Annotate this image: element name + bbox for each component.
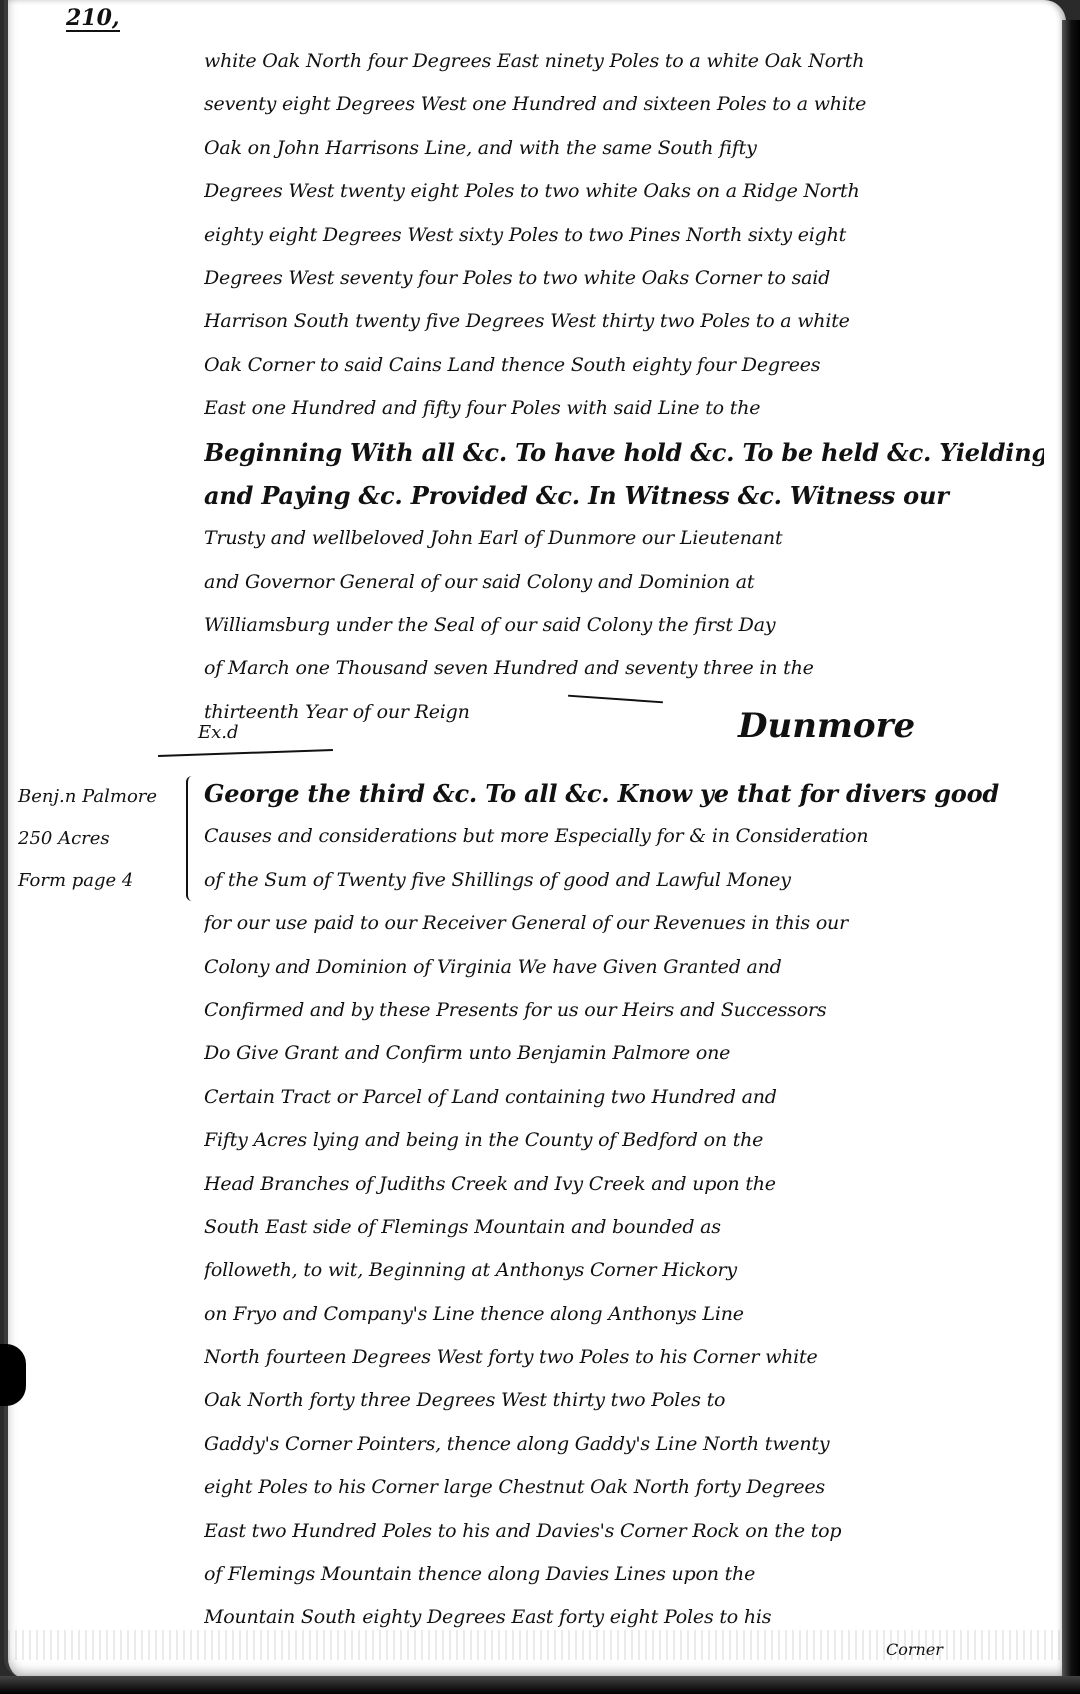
text-line: East one Hundred and fifty four Poles wi…	[204, 387, 1044, 430]
binding-edge	[1062, 20, 1080, 1694]
grant-line: Head Branches of Judiths Creek and Ivy C…	[204, 1163, 1044, 1206]
grant-line: Oak North forty three Degrees West thirt…	[204, 1379, 1044, 1422]
margin-note: Benj.n Palmore 250 Acres Form page 4	[18, 776, 188, 902]
grant-line: Do Give Grant and Confirm unto Benjamin …	[204, 1032, 1044, 1075]
text-line: Harrison South twenty five Degrees West …	[204, 300, 1044, 343]
text-line: of March one Thousand seven Hundred and …	[204, 647, 1044, 690]
grant-text: George the third &c. To all &c. Know ye …	[204, 772, 1044, 1640]
text-line: Williamsburg under the Seal of our said …	[204, 604, 1044, 647]
text-line: Degrees West seventy four Poles to two w…	[204, 257, 1044, 300]
grant-line: eight Poles to his Corner large Chestnut…	[204, 1466, 1044, 1509]
scan-bottom-edge	[0, 1676, 1080, 1694]
text-line: Trusty and wellbeloved John Earl of Dunm…	[204, 517, 1044, 560]
text-line-formula: and Paying &c. Provided &c. In Witness &…	[204, 474, 1044, 517]
grant-line: of Flemings Mountain thence along Davies…	[204, 1553, 1044, 1596]
margin-brace	[186, 776, 198, 901]
margin-grantee-name: Benj.n Palmore	[18, 776, 188, 818]
page-number: 210,	[66, 6, 120, 32]
grant-line: of the Sum of Twenty five Shillings of g…	[204, 859, 1044, 902]
grant-line: Causes and considerations but more Espec…	[204, 815, 1044, 858]
text-line-formula: Beginning With all &c. To have hold &c. …	[204, 431, 1044, 474]
ink-blot	[0, 1344, 26, 1406]
grant-line: Colony and Dominion of Virginia We have …	[204, 946, 1044, 989]
text-line: and Governor General of our said Colony …	[204, 561, 1044, 604]
text-line: thirteenth Year of our Reign	[204, 691, 1044, 734]
grant-line: Fifty Acres lying and being in the Count…	[204, 1119, 1044, 1162]
manuscript-page: 210, white Oak North four Degrees East n…	[4, 0, 1066, 1678]
deed-continuation-text: white Oak North four Degrees East ninety…	[204, 40, 1044, 734]
text-line: Oak Corner to said Cains Land thence Sou…	[204, 344, 1044, 387]
grant-line: on Fryo and Company's Line thence along …	[204, 1293, 1044, 1336]
grant-line: George the third &c. To all &c. Know ye …	[204, 772, 1044, 815]
margin-form-reference: Form page 4	[18, 860, 188, 902]
scan-noise	[8, 1630, 1068, 1660]
text-line: eighty eight Degrees West sixty Poles to…	[204, 214, 1044, 257]
text-line: Oak on John Harrisons Line, and with the…	[204, 127, 1044, 170]
governor-signature: Dunmore	[738, 706, 915, 746]
text-line: white Oak North four Degrees East ninety…	[204, 40, 1044, 83]
examined-rule	[158, 749, 333, 757]
grant-line: Gaddy's Corner Pointers, thence along Ga…	[204, 1423, 1044, 1466]
grant-line: Certain Tract or Parcel of Land containi…	[204, 1076, 1044, 1119]
grant-line: for our use paid to our Receiver General…	[204, 902, 1044, 945]
margin-acreage: 250 Acres	[18, 818, 188, 860]
text-line: Degrees West twenty eight Poles to two w…	[204, 170, 1044, 213]
text-line: seventy eight Degrees West one Hundred a…	[204, 83, 1044, 126]
grant-line: South East side of Flemings Mountain and…	[204, 1206, 1044, 1249]
grant-line: East two Hundred Poles to his and Davies…	[204, 1510, 1044, 1553]
grant-line: North fourteen Degrees West forty two Po…	[204, 1336, 1044, 1379]
grant-line: followeth, to wit, Beginning at Anthonys…	[204, 1249, 1044, 1292]
examined-mark: Ex.d	[198, 722, 239, 743]
grant-line: Confirmed and by these Presents for us o…	[204, 989, 1044, 1032]
